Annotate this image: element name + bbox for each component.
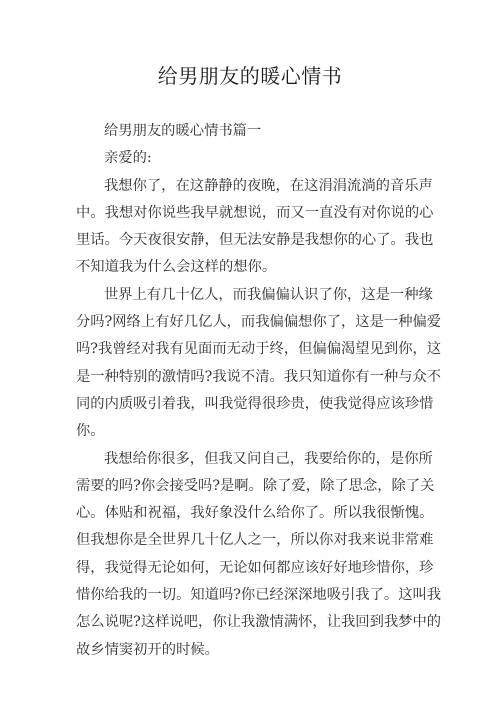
paragraph-line: 你。	[76, 418, 422, 445]
document-page: 给男朋友的暖心情书 给男朋友的暖心情书篇一 亲爱的: 我想你了，在这静静的夜晚，…	[0, 0, 500, 707]
paragraph-line: 中。我想对你说些我早就想说，而又一直没有对你说的心	[76, 200, 422, 227]
paragraph-line: 同的内质吸引着我，叫我觉得很珍贵，使我觉得应该珍惜	[76, 391, 422, 418]
paragraph-line: 但我想你是全世界几十亿人之一，所以你对我来说非常难	[76, 527, 422, 554]
paragraph-line: 我想给你很多，但我又问自己，我要给你的，是你所	[76, 446, 422, 473]
paragraph-line: 故乡情窦初开的时候。	[76, 637, 422, 664]
document-body: 给男朋友的暖心情书篇一 亲爱的: 我想你了，在这静静的夜晚，在这涓涓流淌的音乐声…	[76, 118, 422, 664]
section-heading: 给男朋友的暖心情书篇一	[76, 118, 422, 145]
paragraph-line: 心。体贴和祝福，我好象没什么给你了。所以我很惭愧。	[76, 500, 422, 527]
paragraph-line: 得，我觉得无论如何，无论如何都应该好好地珍惜你，珍	[76, 555, 422, 582]
document-title: 给男朋友的暖心情书	[0, 62, 500, 90]
paragraph-line: 惜你给我的一切。知道吗?你已经深深地吸引我了。这叫我	[76, 582, 422, 609]
paragraph-line: 我想你了，在这静静的夜晚，在这涓涓流淌的音乐声	[76, 173, 422, 200]
paragraph-1: 我想你了，在这静静的夜晚，在这涓涓流淌的音乐声 中。我想对你说些我早就想说，而又…	[76, 173, 422, 282]
paragraph-line: 需要的吗?你会接受吗?是啊。除了爱，除了思念，除了关	[76, 473, 422, 500]
paragraph-line: 分吗?网络上有好几亿人，而我偏偏想你了，这是一种偏爱	[76, 309, 422, 336]
paragraph-line: 怎么说呢?这样说吧，你让我激情满怀，让我回到我梦中的	[76, 609, 422, 636]
paragraph-line: 吗?我曾经对我有见面而无动于终，但偏偏渴望见到你，这	[76, 336, 422, 363]
paragraph-line: 不知道我为什么会这样的想你。	[76, 254, 422, 281]
paragraph-2: 世界上有几十亿人，而我偏偏认识了你，这是一种缘 分吗?网络上有好几亿人，而我偏偏…	[76, 282, 422, 446]
paragraph-line: 是一种特别的激情吗?我说不清。我只知道你有一种与众不	[76, 364, 422, 391]
paragraph-line: 里话。今天夜很安静，但无法安静是我想你的心了。我也	[76, 227, 422, 254]
salutation: 亲爱的:	[76, 145, 422, 172]
paragraph-3: 我想给你很多，但我又问自己，我要给你的，是你所 需要的吗?你会接受吗?是啊。除了…	[76, 446, 422, 664]
paragraph-line: 世界上有几十亿人，而我偏偏认识了你，这是一种缘	[76, 282, 422, 309]
